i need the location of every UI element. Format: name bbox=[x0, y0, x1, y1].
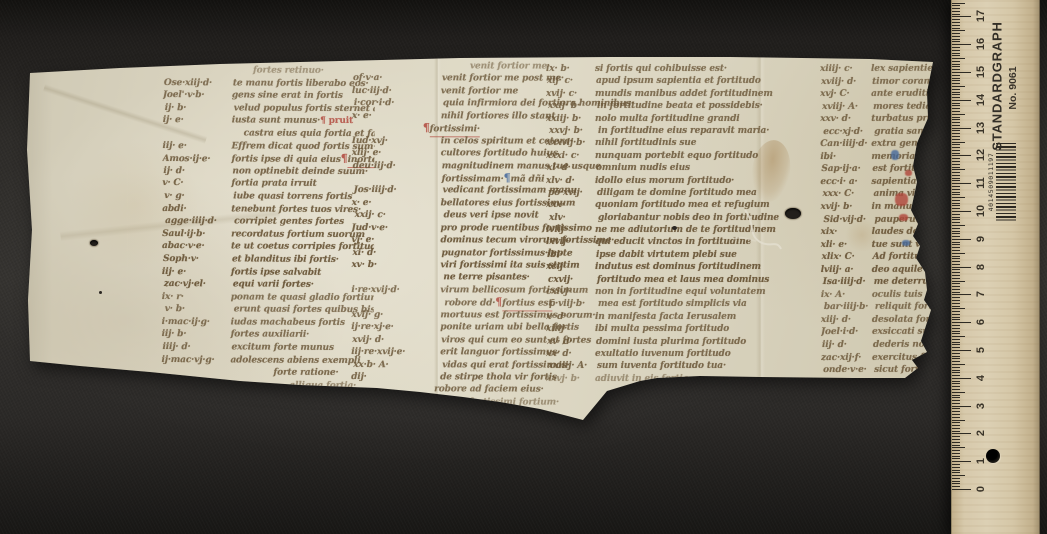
ruler-tick bbox=[952, 58, 965, 59]
ruler-tick bbox=[952, 439, 960, 440]
ruler-tick bbox=[952, 192, 960, 193]
ruler-cm-number: 7 bbox=[975, 285, 987, 303]
ruler-tick bbox=[952, 383, 960, 384]
ruler-tick bbox=[952, 200, 960, 201]
ruler-cm-number: 2 bbox=[975, 424, 987, 442]
ruler-tick bbox=[952, 464, 960, 465]
ruler-tick bbox=[952, 406, 971, 407]
ruler-tick bbox=[952, 333, 960, 334]
ruler-tick bbox=[952, 322, 971, 323]
ruler-tick bbox=[952, 364, 965, 365]
ruler-tick bbox=[952, 105, 960, 106]
ruler-tick bbox=[952, 445, 960, 446]
ruler-cm-number: 14 bbox=[975, 91, 987, 109]
ruler-cm-number: 16 bbox=[975, 35, 987, 53]
ruler-tick bbox=[952, 283, 960, 284]
ruler-tick bbox=[952, 150, 960, 151]
ruler-model-label: No. 9061 bbox=[1007, 66, 1019, 109]
ruler-tick bbox=[952, 428, 960, 429]
ruler-tick bbox=[952, 194, 960, 195]
ruler-tick bbox=[952, 425, 960, 426]
ruler-tick bbox=[952, 325, 960, 326]
ruler-tick bbox=[952, 372, 960, 373]
ruler-tick bbox=[952, 75, 960, 76]
ruler-tick bbox=[952, 189, 960, 190]
ruler-tick bbox=[952, 375, 960, 376]
ruler-tick bbox=[952, 269, 960, 270]
ruler-tick bbox=[952, 281, 965, 282]
ruler-tick bbox=[952, 478, 960, 479]
ruler-cm-number: 4 bbox=[975, 369, 987, 387]
ruler-tick bbox=[952, 211, 971, 212]
ruler-tick bbox=[952, 367, 960, 368]
ruler-tick bbox=[952, 392, 965, 393]
ruler-tick bbox=[952, 250, 960, 251]
ruler-tick bbox=[952, 14, 960, 15]
ruler-cm-number: 0 bbox=[975, 480, 987, 498]
ruler-tick bbox=[952, 275, 960, 276]
ruler-tick bbox=[952, 256, 960, 257]
ruler-tick bbox=[952, 144, 960, 145]
ruler-cm-number: 17 bbox=[975, 7, 987, 25]
ruler-tick bbox=[952, 431, 960, 432]
ruler-tick bbox=[952, 8, 960, 9]
ruler-tick bbox=[952, 378, 971, 379]
ruler-tick bbox=[952, 442, 960, 443]
ruler-tick bbox=[952, 222, 960, 223]
ruler-tick bbox=[952, 339, 960, 340]
ruler-tick bbox=[952, 272, 960, 273]
ruler-tick bbox=[952, 44, 971, 45]
ruler-tick bbox=[952, 164, 960, 165]
ruler-tick bbox=[952, 472, 960, 473]
ruler-cm-number: 6 bbox=[975, 313, 987, 331]
ruler-tick bbox=[952, 286, 960, 287]
ruler-tick bbox=[952, 403, 960, 404]
ruler-tick bbox=[952, 253, 965, 254]
ruler-tick bbox=[952, 311, 960, 312]
ruler-cm-number: 9 bbox=[975, 230, 987, 248]
ruler-tick bbox=[952, 317, 960, 318]
ruler-tick bbox=[952, 436, 960, 437]
ruler-tick bbox=[952, 289, 960, 290]
ruler-tick bbox=[952, 89, 960, 90]
ruler-tick bbox=[952, 64, 960, 65]
ruler-tick bbox=[952, 217, 960, 218]
ruler-tick bbox=[952, 208, 960, 209]
ruler-tick bbox=[952, 397, 960, 398]
ruler-tick bbox=[952, 100, 971, 101]
ruler-tick bbox=[952, 308, 965, 309]
ruler-tick bbox=[952, 16, 971, 17]
ruler-tick bbox=[952, 172, 960, 173]
ruler-tick bbox=[952, 122, 960, 123]
ruler-tick bbox=[952, 25, 960, 26]
ruler-tick bbox=[952, 178, 960, 179]
ruler-tick bbox=[952, 139, 960, 140]
ruler-tick bbox=[952, 92, 960, 93]
ruler-tick bbox=[952, 55, 960, 56]
ruler-tick bbox=[952, 244, 960, 245]
ruler-tick bbox=[952, 39, 960, 40]
ruler-tick bbox=[952, 347, 960, 348]
ruler-cm-number: 5 bbox=[975, 341, 987, 359]
ruler-tick bbox=[952, 69, 960, 70]
ruler-tick bbox=[952, 389, 960, 390]
ruler-tick bbox=[952, 361, 960, 362]
ruler-tick bbox=[952, 239, 971, 240]
ruler-tick bbox=[952, 420, 965, 421]
ruler-tick bbox=[952, 117, 960, 118]
ruler-tick bbox=[952, 344, 960, 345]
ruler-tick bbox=[952, 19, 960, 20]
ruler-tick bbox=[952, 408, 960, 409]
ruler-shadow-wrap: 01234567891011121314151617 STANDARDGRAPH… bbox=[0, 0, 1047, 534]
ruler-brand-label: STANDARDGRAPH bbox=[990, 21, 1005, 150]
ruler-cm-number: 12 bbox=[975, 146, 987, 164]
ruler-tick bbox=[952, 278, 960, 279]
ruler-tick bbox=[952, 467, 960, 468]
ruler-tick bbox=[952, 292, 960, 293]
ruler-tick bbox=[952, 417, 960, 418]
ruler-tick bbox=[952, 483, 960, 484]
ruler-tick bbox=[952, 133, 960, 134]
ruler-tick bbox=[952, 30, 965, 31]
ruler-tick bbox=[952, 136, 960, 137]
ruler-tick bbox=[952, 219, 960, 220]
ruler-tick bbox=[952, 108, 960, 109]
ruler-cm-number: 11 bbox=[975, 174, 987, 192]
ruler-tick bbox=[952, 94, 960, 95]
ruler-tick bbox=[952, 125, 960, 126]
ruler-tick bbox=[952, 28, 960, 29]
ruler-tick bbox=[952, 294, 971, 295]
ruler-tick bbox=[952, 433, 971, 434]
ruler-tick bbox=[952, 153, 960, 154]
ruler-tick bbox=[952, 205, 960, 206]
ruler-tick bbox=[952, 242, 960, 243]
ruler-cm-number: 13 bbox=[975, 119, 987, 137]
ruler-tick bbox=[952, 233, 960, 234]
ruler-tick bbox=[952, 22, 960, 23]
ruler-tick bbox=[952, 489, 971, 490]
ruler-tick bbox=[952, 66, 960, 67]
ruler-tick bbox=[952, 400, 960, 401]
ruler-tick bbox=[952, 306, 960, 307]
ruler-tick bbox=[952, 331, 960, 332]
ruler-tick bbox=[952, 11, 960, 12]
ruler-tick bbox=[952, 80, 960, 81]
ruler-tick bbox=[952, 303, 960, 304]
ruler-tick bbox=[952, 247, 960, 248]
ruler-tick bbox=[952, 314, 960, 315]
ruler-tick bbox=[952, 370, 960, 371]
ruler-tick bbox=[952, 183, 971, 184]
ruler-barcode bbox=[996, 143, 1016, 222]
ruler-tick bbox=[952, 97, 960, 98]
ruler-tick bbox=[952, 128, 971, 129]
ruler-tick bbox=[952, 236, 960, 237]
ruler-tick bbox=[952, 36, 960, 37]
ruler-tick bbox=[952, 470, 960, 471]
ruler-tick bbox=[952, 231, 960, 232]
ruler-tick bbox=[952, 142, 965, 143]
ruler-tick bbox=[952, 395, 960, 396]
ruler-tick bbox=[952, 350, 971, 351]
ruler-tick bbox=[952, 261, 960, 262]
ruler-tick bbox=[952, 130, 960, 131]
ruler-hanging-hole bbox=[986, 449, 1000, 463]
ruler-tick bbox=[952, 453, 960, 454]
ruler-tick bbox=[952, 336, 965, 337]
ruler-tick bbox=[952, 180, 960, 181]
ruler-tick bbox=[952, 300, 960, 301]
ruler-tick bbox=[952, 5, 960, 6]
ruler-tick bbox=[952, 155, 971, 156]
ruler-cm-number: 8 bbox=[975, 258, 987, 276]
ruler-tick bbox=[952, 475, 965, 476]
ruler-tick bbox=[952, 61, 960, 62]
ruler-tick bbox=[952, 103, 960, 104]
ruler-tick bbox=[952, 53, 960, 54]
ruler-tick bbox=[952, 175, 960, 176]
ruler-tick bbox=[952, 214, 960, 215]
ruler-tick bbox=[952, 486, 960, 487]
photo-of-manuscript-fragment: fortes retinuo·Ose·xiij·d·te manu fortis… bbox=[0, 0, 1047, 534]
ruler-tick bbox=[952, 319, 960, 320]
ruler-tick bbox=[952, 197, 965, 198]
ruler-tick bbox=[952, 225, 965, 226]
ruler-tick bbox=[952, 147, 960, 148]
ruler-tick bbox=[952, 72, 971, 73]
ruler-tick bbox=[952, 83, 960, 84]
ruler-tick bbox=[952, 167, 960, 168]
ruler-tick bbox=[952, 342, 960, 343]
ruler-cm-number: 3 bbox=[975, 397, 987, 415]
ruler-tick bbox=[952, 422, 960, 423]
ruler-tick bbox=[952, 3, 965, 4]
ruler-tick bbox=[952, 33, 960, 34]
ruler-tick bbox=[952, 114, 965, 115]
ruler-tick bbox=[952, 111, 960, 112]
ruler-tick bbox=[952, 228, 960, 229]
ruler-tick bbox=[952, 161, 960, 162]
ruler-tick bbox=[952, 203, 960, 204]
ruler-tick bbox=[952, 386, 960, 387]
ruler-tick bbox=[952, 119, 960, 120]
ruler-tick bbox=[952, 47, 960, 48]
ruler-tick bbox=[952, 358, 960, 359]
ruler-tick bbox=[952, 78, 960, 79]
ruler-tick bbox=[952, 353, 960, 354]
ruler-tick bbox=[952, 50, 960, 51]
ruler-tick bbox=[952, 481, 960, 482]
ruler-tick bbox=[952, 414, 960, 415]
ruler-tick bbox=[952, 158, 960, 159]
ruler-tick bbox=[952, 381, 960, 382]
ruler-tick bbox=[952, 458, 960, 459]
ruler-tick bbox=[952, 86, 965, 87]
ruler-tick bbox=[952, 328, 960, 329]
ruler-tick bbox=[952, 461, 971, 462]
ruler-tick bbox=[952, 264, 960, 265]
ruler-tick bbox=[952, 258, 960, 259]
ruler-tick bbox=[952, 169, 965, 170]
ruler-tick bbox=[952, 297, 960, 298]
ruler-tick bbox=[952, 186, 960, 187]
ruler-tick bbox=[952, 267, 971, 268]
ruler-tick bbox=[952, 450, 960, 451]
ruler-tick bbox=[952, 411, 960, 412]
ruler-barcode-digits: 4014509011197 bbox=[987, 153, 995, 212]
ruler-tick bbox=[952, 356, 960, 357]
ruler-tick bbox=[952, 456, 960, 457]
ruler-cm-number: 10 bbox=[975, 202, 987, 220]
ruler-cm-number: 15 bbox=[975, 63, 987, 81]
ruler-tick bbox=[952, 41, 960, 42]
ruler-tick bbox=[952, 447, 965, 448]
